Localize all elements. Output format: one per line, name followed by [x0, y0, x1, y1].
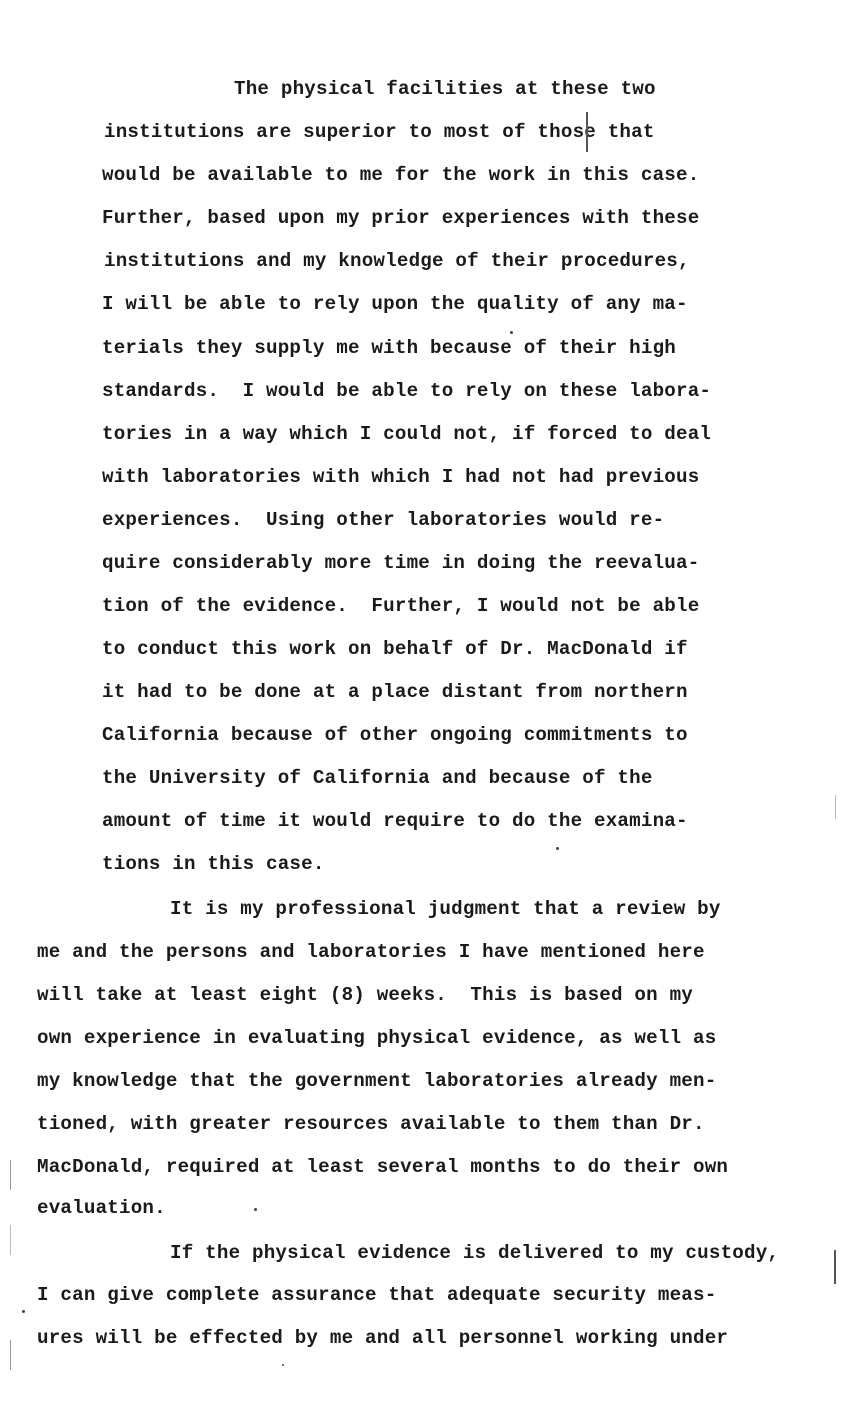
text-line: amount of time it would require to do th… [102, 809, 688, 833]
text-line: tion of the evidence. Further, I would n… [102, 594, 699, 618]
text-line: my knowledge that the government laborat… [37, 1069, 716, 1093]
text-line: I can give complete assurance that adequ… [37, 1283, 716, 1307]
text-line: tioned, with greater resources available… [37, 1112, 705, 1136]
scan-artifact [834, 1250, 836, 1284]
text-line: ures will be effected by me and all pers… [37, 1326, 728, 1350]
scan-speck [556, 847, 559, 850]
text-line: standards. I would be able to rely on th… [102, 379, 711, 403]
scan-artifact [835, 795, 836, 819]
text-line: with laboratories with which I had not h… [102, 465, 699, 489]
text-line: Further, based upon my prior experiences… [102, 206, 699, 230]
text-line: would be available to me for the work in… [102, 163, 699, 187]
text-line: will take at least eight (8) weeks. This… [37, 983, 693, 1007]
text-line: institutions are superior to most of tho… [104, 120, 655, 144]
text-line: The physical facilities at these two [234, 77, 656, 101]
text-line: I will be able to rely upon the quality … [102, 292, 688, 316]
text-line: If the physical evidence is delivered to… [170, 1241, 779, 1265]
scan-artifact [10, 1340, 11, 1370]
scan-speck [22, 1310, 25, 1313]
scan-artifact [586, 112, 588, 152]
text-line: It is my professional judgment that a re… [170, 897, 721, 921]
text-line: institutions and my knowledge of their p… [104, 249, 690, 273]
text-line: to conduct this work on behalf of Dr. Ma… [102, 637, 688, 661]
scan-speck [254, 1208, 257, 1211]
text-line: evaluation. [37, 1196, 166, 1220]
text-line: tories in a way which I could not, if fo… [102, 422, 711, 446]
text-line: me and the persons and laboratories I ha… [37, 940, 705, 964]
text-line: California because of other ongoing comm… [102, 723, 688, 747]
text-line: terials they supply me with because of t… [102, 336, 676, 360]
text-line: it had to be done at a place distant fro… [102, 680, 688, 704]
text-line: MacDonald, required at least several mon… [37, 1155, 728, 1179]
text-line: own experience in evaluating physical ev… [37, 1026, 716, 1050]
text-line: the University of California and because… [102, 766, 653, 790]
scan-artifact [10, 1160, 11, 1190]
document-page: The physical facilities at these two ins… [0, 0, 860, 1409]
scan-speck [282, 1364, 284, 1366]
text-line: quire considerably more time in doing th… [102, 551, 699, 575]
scan-speck [510, 331, 513, 334]
text-line: tions in this case. [102, 852, 325, 876]
scan-artifact [10, 1225, 11, 1255]
text-line: experiences. Using other laboratories wo… [102, 508, 664, 532]
